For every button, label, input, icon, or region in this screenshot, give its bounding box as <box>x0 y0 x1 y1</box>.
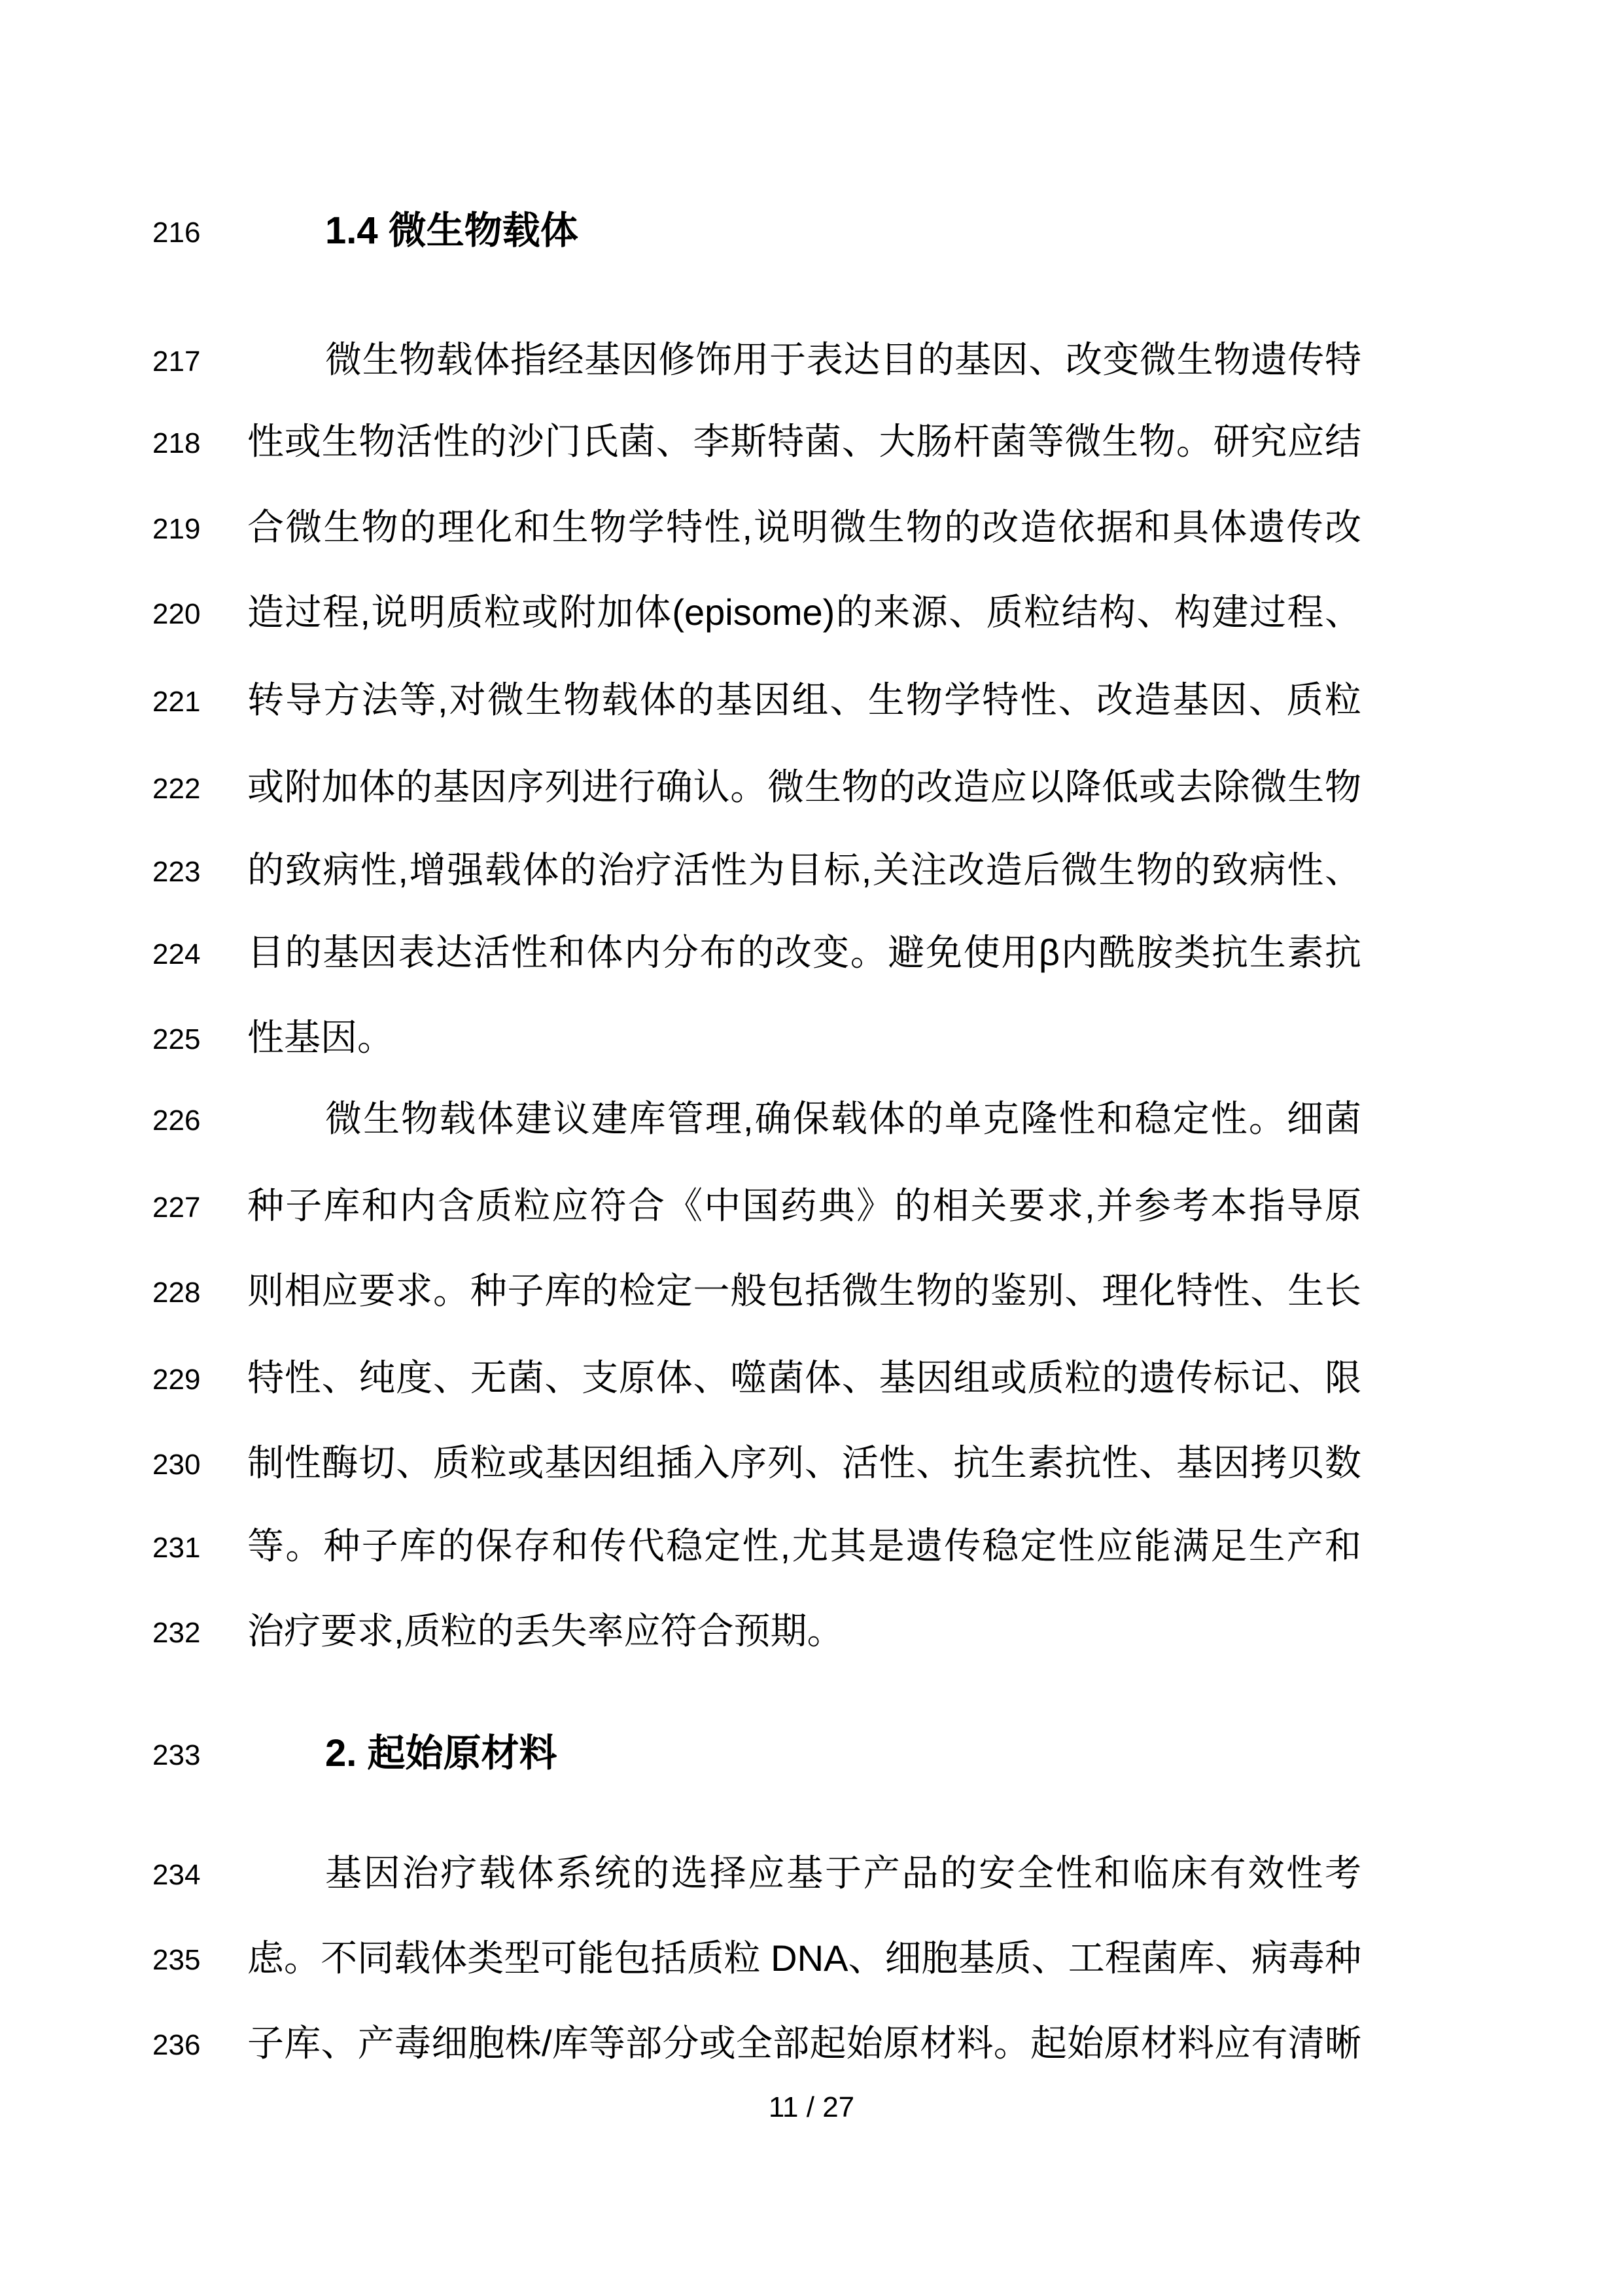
section-heading: 1.4 微生物载体 <box>247 209 1361 253</box>
line-text: 治疗要求,质粒的丢失率应符合预期。 <box>247 1610 1361 1653</box>
line-number: 233 <box>152 1741 200 1770</box>
line-number: 220 <box>152 600 200 629</box>
line-number: 229 <box>152 1366 200 1394</box>
line-number: 236 <box>152 2031 200 2060</box>
line-text: 特性、纯度、无菌、支原体、噬菌体、基因组或质粒的遗传标记、限 <box>247 1356 1361 1400</box>
line-text: 等。种子库的保存和传代稳定性,尤其是遗传稳定性应能满足生产和 <box>247 1525 1361 1568</box>
line-number: 216 <box>152 219 200 247</box>
line-text: 目的基因表达活性和体内分布的改变。避免使用β内酰胺类抗生素抗 <box>247 931 1361 974</box>
line-number: 219 <box>152 515 200 544</box>
document-line: 232 治疗要求,质粒的丢失率应符合预期。 <box>0 1610 1623 1653</box>
document-line: 226 微生物载体建议建库管理,确保载体的单克隆性和稳定性。细菌 <box>0 1097 1623 1140</box>
document-line: 216 1.4 微生物载体 <box>0 209 1623 253</box>
line-number: 232 <box>152 1619 200 1648</box>
line-number: 226 <box>152 1106 200 1135</box>
line-number: 217 <box>152 347 200 376</box>
document-line: 219 合微生物的理化和生物学特性,说明微生物的改造依据和具体遗传改 <box>0 506 1623 549</box>
line-number: 227 <box>152 1193 200 1222</box>
document-line: 234 基因治疗载体系统的选择应基于产品的安全性和临床有效性考 <box>0 1852 1623 1895</box>
line-number: 230 <box>152 1451 200 1479</box>
document-line: 229 特性、纯度、无菌、支原体、噬菌体、基因组或质粒的遗传标记、限 <box>0 1356 1623 1400</box>
line-text: 制性酶切、质粒或基因组插入序列、活性、抗生素抗性、基因拷贝数 <box>247 1441 1361 1485</box>
line-number: 224 <box>152 940 200 969</box>
document-line: 228 则相应要求。种子库的检定一般包括微生物的鉴别、理化特性、生长 <box>0 1269 1623 1313</box>
document-line: 235 虑。不同载体类型可能包括质粒 DNA、细胞基质、工程菌库、病毒种 <box>0 1937 1623 1980</box>
line-number: 228 <box>152 1279 200 1307</box>
line-number: 234 <box>152 1861 200 1890</box>
page-number: 11 / 27 <box>0 2091 1623 2125</box>
document-line: 227 种子库和内含质粒应符合《中国药典》的相关要求,并参考本指导原 <box>0 1184 1623 1227</box>
document-line: 222 或附加体的基因序列进行确认。微生物的改造应以降低或去除微生物 <box>0 766 1623 809</box>
document-line: 224 目的基因表达活性和体内分布的改变。避免使用β内酰胺类抗生素抗 <box>0 931 1623 974</box>
document-line: 220 造过程,说明质粒或附加体(episome)的来源、质粒结构、构建过程、 <box>0 591 1623 634</box>
line-number: 222 <box>152 775 200 804</box>
line-text: 或附加体的基因序列进行确认。微生物的改造应以降低或去除微生物 <box>247 766 1361 809</box>
line-text: 子库、产毒细胞株/库等部分或全部起始原材料。起始原材料应有清晰 <box>247 2022 1361 2065</box>
document-line: 230 制性酶切、质粒或基因组插入序列、活性、抗生素抗性、基因拷贝数 <box>0 1441 1623 1485</box>
line-text: 合微生物的理化和生物学特性,说明微生物的改造依据和具体遗传改 <box>247 506 1361 549</box>
line-number: 231 <box>152 1534 200 1563</box>
document-line: 218 性或生物活性的沙门氏菌、李斯特菌、大肠杆菌等微生物。研究应结 <box>0 420 1623 463</box>
line-number: 221 <box>152 688 200 716</box>
line-text: 微生物载体指经基因修饰用于表达目的基因、改变微生物遗传特 <box>247 338 1361 381</box>
document-line: 236 子库、产毒细胞株/库等部分或全部起始原材料。起始原材料应有清晰 <box>0 2022 1623 2065</box>
section-heading: 2. 起始原材料 <box>247 1732 1361 1775</box>
document-line: 233 2. 起始原材料 <box>0 1732 1623 1775</box>
line-text: 微生物载体建议建库管理,确保载体的单克隆性和稳定性。细菌 <box>247 1097 1361 1140</box>
document-page: 216 1.4 微生物载体 217 微生物载体指经基因修饰用于表达目的基因、改变… <box>0 0 1623 2296</box>
line-number: 223 <box>152 858 200 887</box>
line-text: 性基因。 <box>247 1016 1361 1059</box>
line-text: 则相应要求。种子库的检定一般包括微生物的鉴别、理化特性、生长 <box>247 1269 1361 1313</box>
line-text: 转导方法等,对微生物载体的基因组、生物学特性、改造基因、质粒 <box>247 679 1361 722</box>
line-text: 基因治疗载体系统的选择应基于产品的安全性和临床有效性考 <box>247 1852 1361 1895</box>
document-line: 231 等。种子库的保存和传代稳定性,尤其是遗传稳定性应能满足生产和 <box>0 1525 1623 1568</box>
line-text: 的致病性,增强载体的治疗活性为目标,关注改造后微生物的致病性、 <box>247 849 1361 892</box>
document-line: 225 性基因。 <box>0 1016 1623 1059</box>
document-line: 221 转导方法等,对微生物载体的基因组、生物学特性、改造基因、质粒 <box>0 679 1623 722</box>
line-number: 218 <box>152 429 200 458</box>
document-line: 217 微生物载体指经基因修饰用于表达目的基因、改变微生物遗传特 <box>0 338 1623 381</box>
line-number: 235 <box>152 1946 200 1975</box>
document-line: 223 的致病性,增强载体的治疗活性为目标,关注改造后微生物的致病性、 <box>0 849 1623 892</box>
line-text: 种子库和内含质粒应符合《中国药典》的相关要求,并参考本指导原 <box>247 1184 1361 1227</box>
line-text: 造过程,说明质粒或附加体(episome)的来源、质粒结构、构建过程、 <box>247 591 1361 634</box>
line-text: 虑。不同载体类型可能包括质粒 DNA、细胞基质、工程菌库、病毒种 <box>247 1937 1361 1980</box>
line-number: 225 <box>152 1025 200 1054</box>
line-text: 性或生物活性的沙门氏菌、李斯特菌、大肠杆菌等微生物。研究应结 <box>247 420 1361 463</box>
